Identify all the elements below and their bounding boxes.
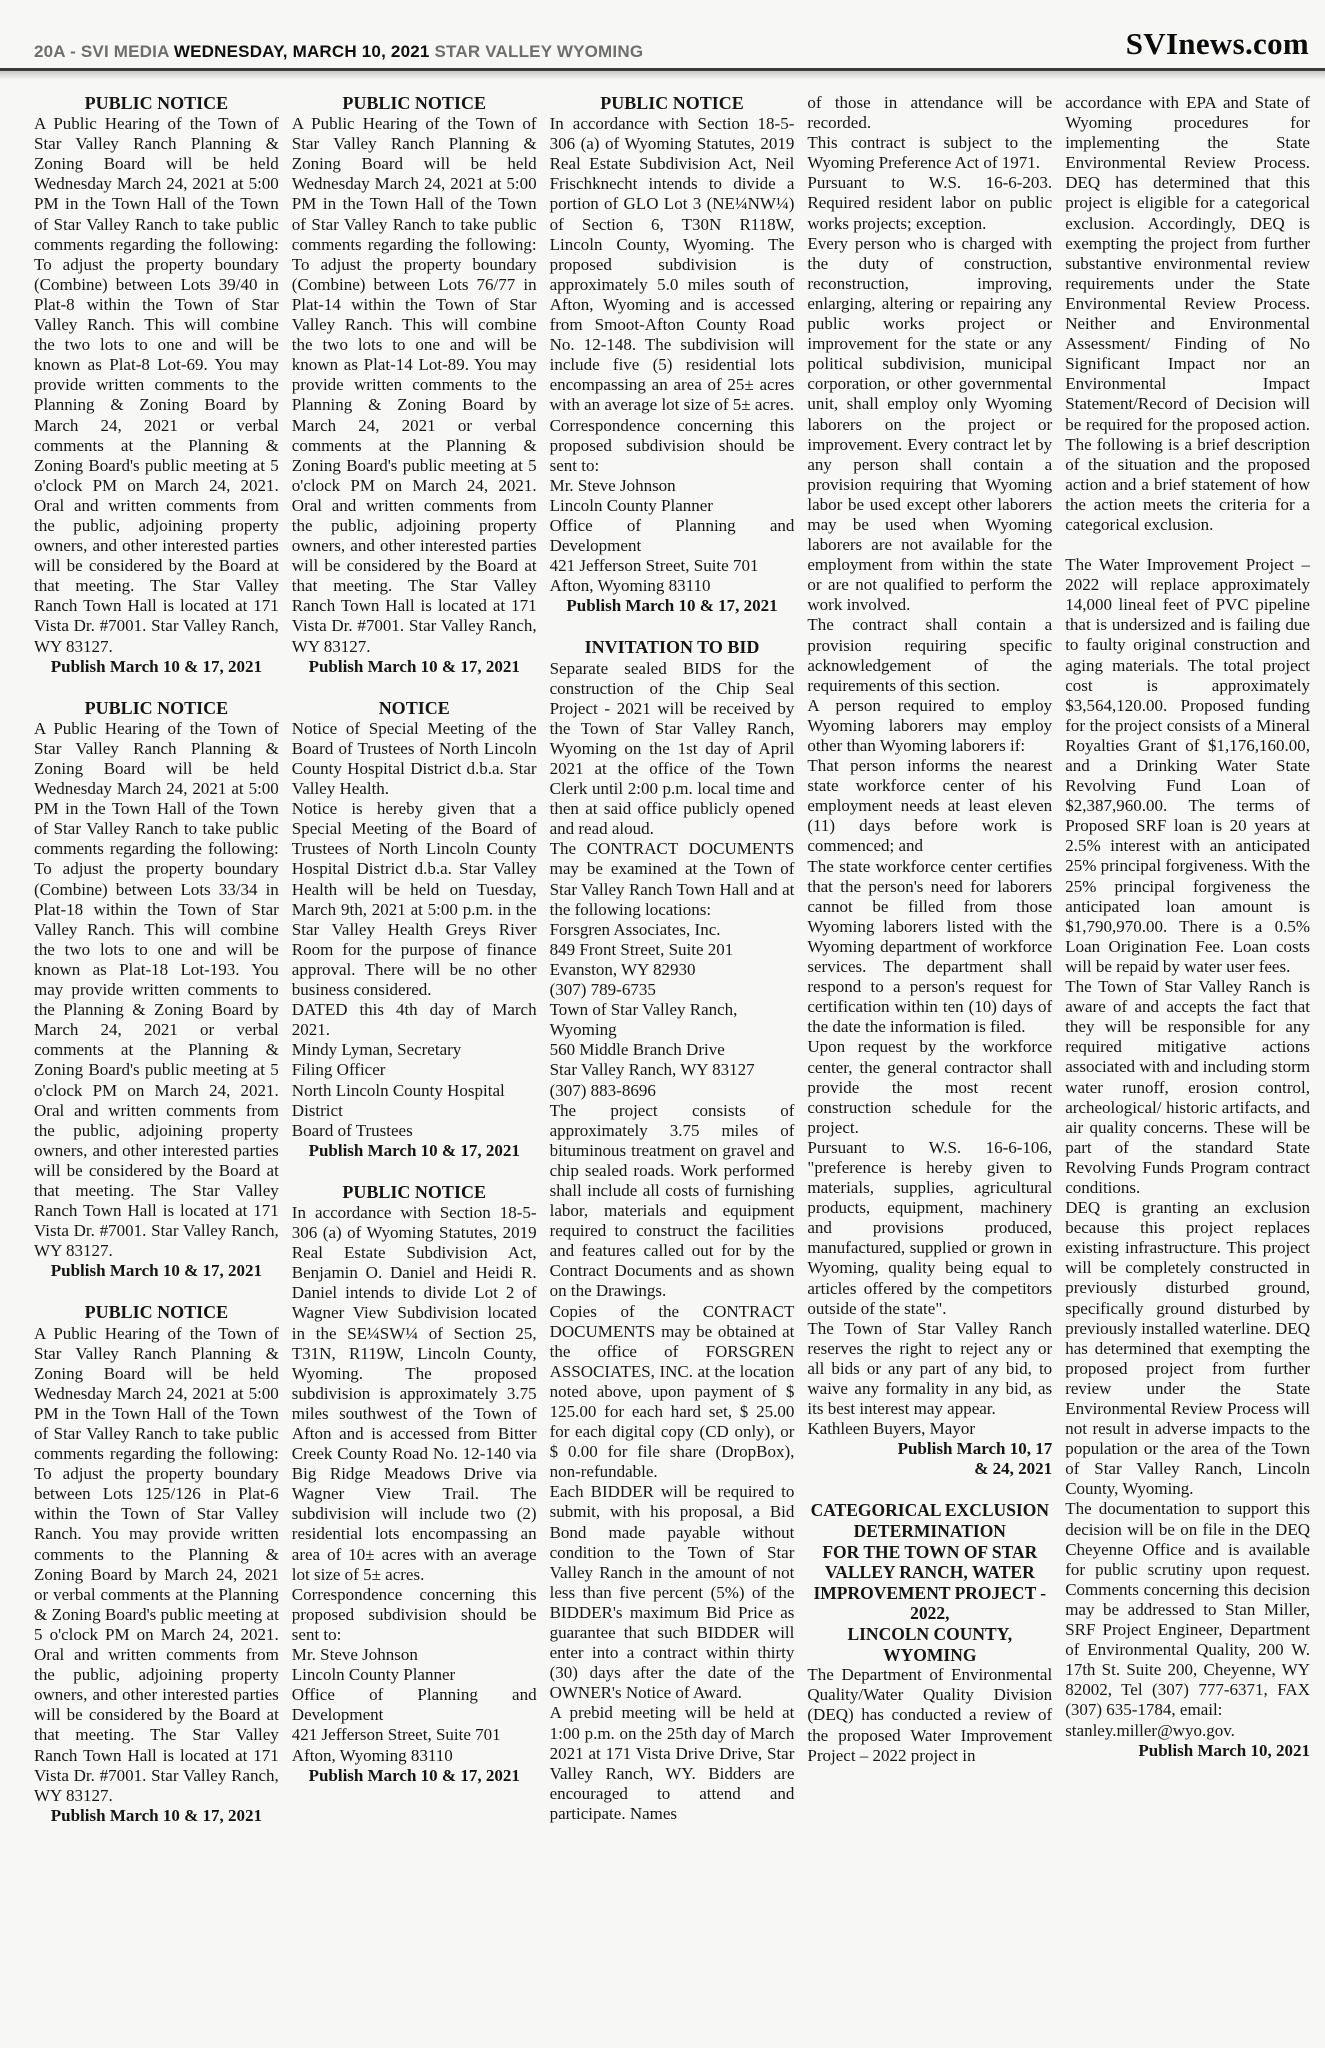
notice-paragraph: Notice of Special Meeting of the Board o… [292,719,537,799]
site-logo: SVInews.com [1126,26,1309,62]
notice-block: NOTICENotice of Special Meeting of the B… [292,698,537,1161]
notice-paragraph: The documentation to support this decisi… [1065,1499,1310,1720]
notice-paragraph: Each BIDDER will be required to submit, … [550,1482,795,1703]
notice-line: (307) 789-6735 [550,980,795,1000]
notice-paragraph: This contract is subject to the Wyoming … [807,133,1052,173]
notice-paragraph: Copies of the CONTRACT DOCUMENTS may be … [550,1302,795,1483]
notice-paragraph: A Public Hearing of the Town of Star Val… [34,719,279,1262]
notice-block: PUBLIC NOTICEA Public Hearing of the Tow… [34,1302,279,1825]
notice-paragraph: In accordance with Section 18-5-306 (a) … [550,114,795,415]
issue-date: WEDNESDAY, MARCH 10, 2021 [174,42,430,61]
notice-line: Afton, Wyoming 83110 [292,1746,537,1766]
notice-line: Evanston, WY 82930 [550,960,795,980]
notice-paragraph: Notice is hereby given that a Special Me… [292,799,537,1000]
notice-paragraph: The CONTRACT DOCUMENTS may be examined a… [550,839,795,919]
notice-heading: PUBLIC NOTICE [34,698,279,718]
notice-heading: NOTICE [292,698,537,718]
notice-line: Filing Officer [292,1060,537,1080]
notice-paragraph: The Water Improvement Project – 2022 wil… [1065,555,1310,977]
notice-paragraph: of those in attendance will be recorded. [807,93,1052,133]
notice-block: PUBLIC NOTICEA Public Hearing of the Tow… [34,93,279,677]
newspaper-page: { "masthead": { "page_label": "20A - SVI… [0,0,1325,2048]
spacer [1065,535,1310,555]
notice-line: Lincoln County Planner [292,1665,537,1685]
column-2: PUBLIC NOTICEA Public Hearing of the Tow… [292,93,537,1847]
notice-line: Mr. Steve Johnson [550,476,795,496]
notice-block: of those in attendance will be recorded.… [807,93,1052,1479]
column-5: accordance with EPA and State of Wyoming… [1065,93,1310,1847]
notice-paragraph: A person required to employ Wyoming labo… [807,696,1052,756]
notice-line: stanley.miller@wyo.gov. [1065,1721,1310,1741]
notice-line: Kathleen Buyers, Mayor [807,1419,1052,1439]
notice-paragraph: Pursuant to W.S. 16-6-106, "preference i… [807,1138,1052,1319]
notice-block: accordance with EPA and State of Wyoming… [1065,93,1310,1761]
notice-paragraph: In accordance with Section 18-5-306 (a) … [292,1203,537,1585]
notice-block: CATEGORICAL EXCLUSION DETERMINATION FOR … [807,1500,1052,1765]
masthead: 20A - SVI MEDIA WEDNESDAY, MARCH 10, 202… [0,0,1325,62]
notice-line: (307) 883-8696 [550,1081,795,1101]
notices-columns: PUBLIC NOTICEA Public Hearing of the Tow… [0,80,1325,1847]
notice-paragraph: Correspondence concerning this proposed … [292,1585,537,1645]
notice-paragraph: The contract shall contain a provision r… [807,615,1052,695]
notice-subheading: CATEGORICAL EXCLUSION DETERMINATION FOR … [807,1500,1052,1665]
notice-line: Mindy Lyman, Secretary [292,1040,537,1060]
notice-heading: PUBLIC NOTICE [292,93,537,113]
region-label: STAR VALLEY WYOMING [435,42,644,61]
notice-paragraph: A prebid meeting will be held at 1:00 p.… [550,1703,795,1824]
notice-paragraph: DATED this 4th day of March 2021. [292,1000,537,1040]
notice-paragraph: accordance with EPA and State of Wyoming… [1065,93,1310,535]
notice-paragraph: A Public Hearing of the Town of Star Val… [34,1324,279,1806]
masthead-rule-shadow [0,71,1325,80]
notice-heading: INVITATION TO BID [550,637,795,657]
notice-paragraph: That person informs the nearest state wo… [807,756,1052,856]
notice-line: Board of Trustees [292,1121,537,1141]
notice-heading: PUBLIC NOTICE [550,93,795,113]
notice-block: PUBLIC NOTICEIn accordance with Section … [550,93,795,616]
notice-block: INVITATION TO BIDSeparate sealed BIDS fo… [550,637,795,1824]
publish-line: Publish March 10 & 17, 2021 [292,1141,537,1161]
notice-paragraph: Every person who is charged with the dut… [807,234,1052,616]
notice-line: Lincoln County Planner [550,496,795,516]
notice-heading: PUBLIC NOTICE [292,1182,537,1202]
notice-paragraph: Pursuant to W.S. 16-6-203. Required resi… [807,173,1052,233]
notice-heading: PUBLIC NOTICE [34,1302,279,1322]
column-3: PUBLIC NOTICEIn accordance with Section … [550,93,795,1847]
notice-line: Afton, Wyoming 83110 [550,576,795,596]
publish-line: Publish March 10 & 17, 2021 [34,1261,279,1281]
publish-line: Publish March 10 & 17, 2021 [34,657,279,677]
notice-paragraph: Correspondence concerning this proposed … [550,416,795,476]
notice-line: 421 Jefferson Street, Suite 701 [550,556,795,576]
notice-paragraph: Office of Planning and Development [550,516,795,556]
notice-line: 560 Middle Branch Drive [550,1040,795,1060]
notice-line: Forsgren Associates, Inc. [550,920,795,940]
notice-paragraph: The Town of Star Valley Ranch reserves t… [807,1319,1052,1419]
notice-line: Star Valley Ranch, WY 83127 [550,1060,795,1080]
notice-paragraph: A Public Hearing of the Town of Star Val… [34,114,279,657]
column-1: PUBLIC NOTICEA Public Hearing of the Tow… [34,93,279,1847]
notice-line: 849 Front Street, Suite 201 [550,940,795,960]
notice-paragraph: The Town of Star Valley Ranch is aware o… [1065,977,1310,1198]
notice-block: PUBLIC NOTICEA Public Hearing of the Tow… [292,93,537,677]
notice-paragraph: The Department of Environmental Quality/… [807,1665,1052,1765]
notice-heading: PUBLIC NOTICE [34,93,279,113]
notice-paragraph: A Public Hearing of the Town of Star Val… [292,114,537,657]
column-4: of those in attendance will be recorded.… [807,93,1052,1847]
notice-paragraph: The state workforce center certifies tha… [807,857,1052,1038]
notice-paragraph: Upon request by the workforce center, th… [807,1037,1052,1137]
notice-line: 421 Jefferson Street, Suite 701 [292,1725,537,1745]
notice-paragraph: DEQ is granting an exclusion because thi… [1065,1198,1310,1499]
masthead-left: 20A - SVI MEDIA WEDNESDAY, MARCH 10, 202… [34,42,643,62]
publish-line: Publish March 10, 2021 [1065,1741,1310,1761]
publish-line: Publish March 10, 17 & 24, 2021 [807,1439,1052,1479]
page-label: 20A - SVI MEDIA [34,42,169,61]
notice-line: Town of Star Valley Ranch, Wyoming [550,1000,795,1040]
notice-block: PUBLIC NOTICEIn accordance with Section … [292,1182,537,1786]
publish-line: Publish March 10 & 17, 2021 [34,1806,279,1826]
notice-paragraph: Office of Planning and Development [292,1685,537,1725]
notice-paragraph: Separate sealed BIDS for the constructio… [550,659,795,840]
publish-line: Publish March 10 & 17, 2021 [292,657,537,677]
notice-line: North Lincoln County Hospital District [292,1081,537,1121]
notice-line: Mr. Steve Johnson [292,1645,537,1665]
notice-block: PUBLIC NOTICEA Public Hearing of the Tow… [34,698,279,1282]
notice-paragraph: The project consists of approximately 3.… [550,1101,795,1302]
publish-line: Publish March 10 & 17, 2021 [550,596,795,616]
publish-line: Publish March 10 & 17, 2021 [292,1766,537,1786]
